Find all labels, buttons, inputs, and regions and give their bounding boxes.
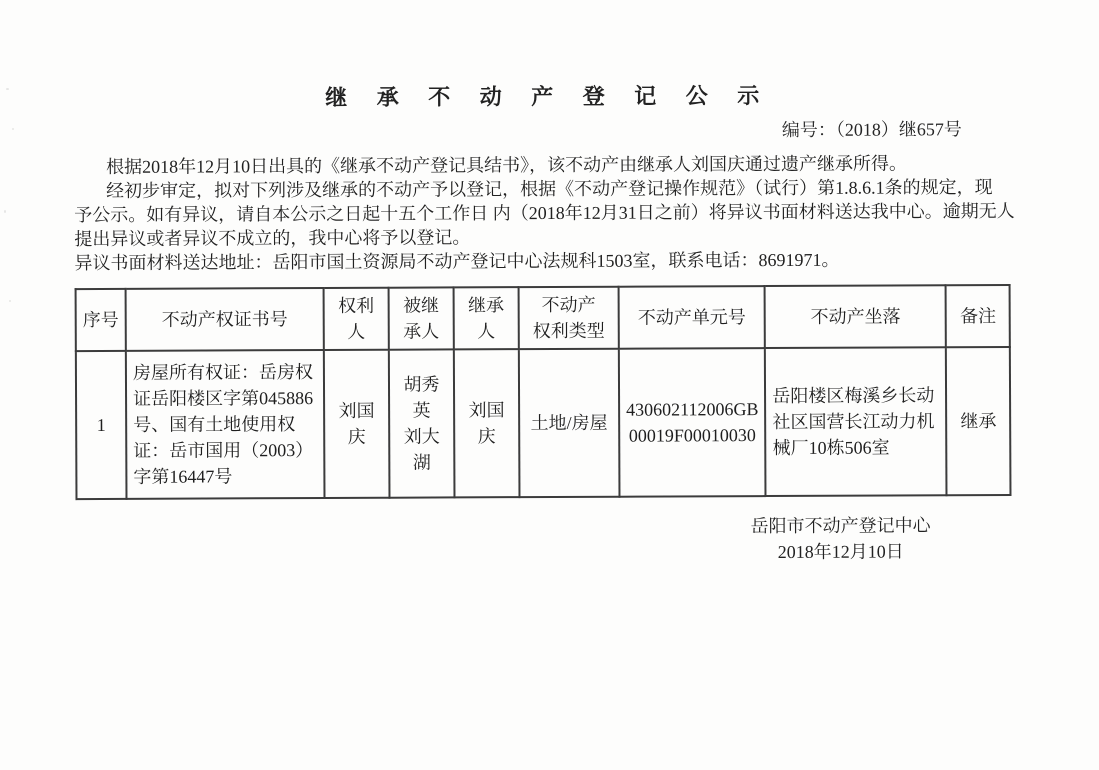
page-title: 继 承 不 动 产 登 记 公 示 xyxy=(0,78,1098,114)
body-paragraphs: 根据2018年12月10日出具的《继承不动产登记具结书》，该不动产由继承人刘国庆… xyxy=(74,151,1041,275)
signature-organization: 岳阳市不动产登记中心 xyxy=(661,512,1021,540)
registration-table: 序号 不动产权证书号 权利人 被继 承人 继承人 不动产 权利类型 不动产单元号… xyxy=(75,284,1012,500)
cell-remarks: 继承 xyxy=(946,347,1011,495)
header-remarks: 备注 xyxy=(946,285,1010,347)
scanned-notice-page: 继 承 不 动 产 登 记 公 示 编号：（2018）继657号 根据2018年… xyxy=(0,0,1099,770)
header-right-type: 不动产 权利类型 xyxy=(519,287,619,349)
header-serial-number: 序号 xyxy=(76,289,126,351)
signature-block: 岳阳市不动产登记中心 2018年12月10日 xyxy=(661,512,1021,566)
cell-heir: 刘国庆 xyxy=(454,349,520,497)
table-row: 1 房屋所有权证：岳房权 证岳阳楼区字第045886 号、国有土地使用权 证：岳… xyxy=(76,347,1011,499)
doc-number: 编号：（2018）继657号 xyxy=(0,115,962,145)
cell-unit-number: 430602112006GB 00019F00010030 xyxy=(619,348,766,497)
cell-decedent: 胡秀英 刘大湖 xyxy=(389,349,455,497)
table-header-row: 序号 不动产权证书号 权利人 被继 承人 继承人 不动产 权利类型 不动产单元号… xyxy=(76,285,1011,351)
cell-certificate-no: 房屋所有权证：岳房权 证岳阳楼区字第045886 号、国有土地使用权 证：岳市国… xyxy=(126,350,325,499)
header-heir: 继承人 xyxy=(454,287,519,349)
cell-serial-number: 1 xyxy=(76,351,127,499)
document-content: 继 承 不 动 产 登 记 公 示 编号：（2018）继657号 根据2018年… xyxy=(0,0,1099,770)
header-property-location: 不动产坐落 xyxy=(765,285,946,348)
header-unit-number: 不动产单元号 xyxy=(619,286,766,349)
header-decedent: 被继 承人 xyxy=(389,287,454,349)
header-certificate-no: 不动产权证书号 xyxy=(126,288,324,351)
cell-property-location: 岳阳楼区梅溪乡长动 社区国营长江动力机 械厂10栋506室 xyxy=(765,347,947,496)
signature-date: 2018年12月10日 xyxy=(661,538,1021,566)
header-right-holder: 权利人 xyxy=(324,288,389,350)
cell-right-holder: 刘国庆 xyxy=(324,350,390,498)
cell-right-type: 土地/房屋 xyxy=(519,349,620,497)
body-line-3: 予公示。如有异议，请自本公示之日起十五个工作日 内（2018年12月31日之前）… xyxy=(74,199,1040,227)
body-line-5: 异议书面材料送达地址：岳阳市国土资源局不动产登记中心法规科1503室，联系电话：… xyxy=(74,247,1040,275)
